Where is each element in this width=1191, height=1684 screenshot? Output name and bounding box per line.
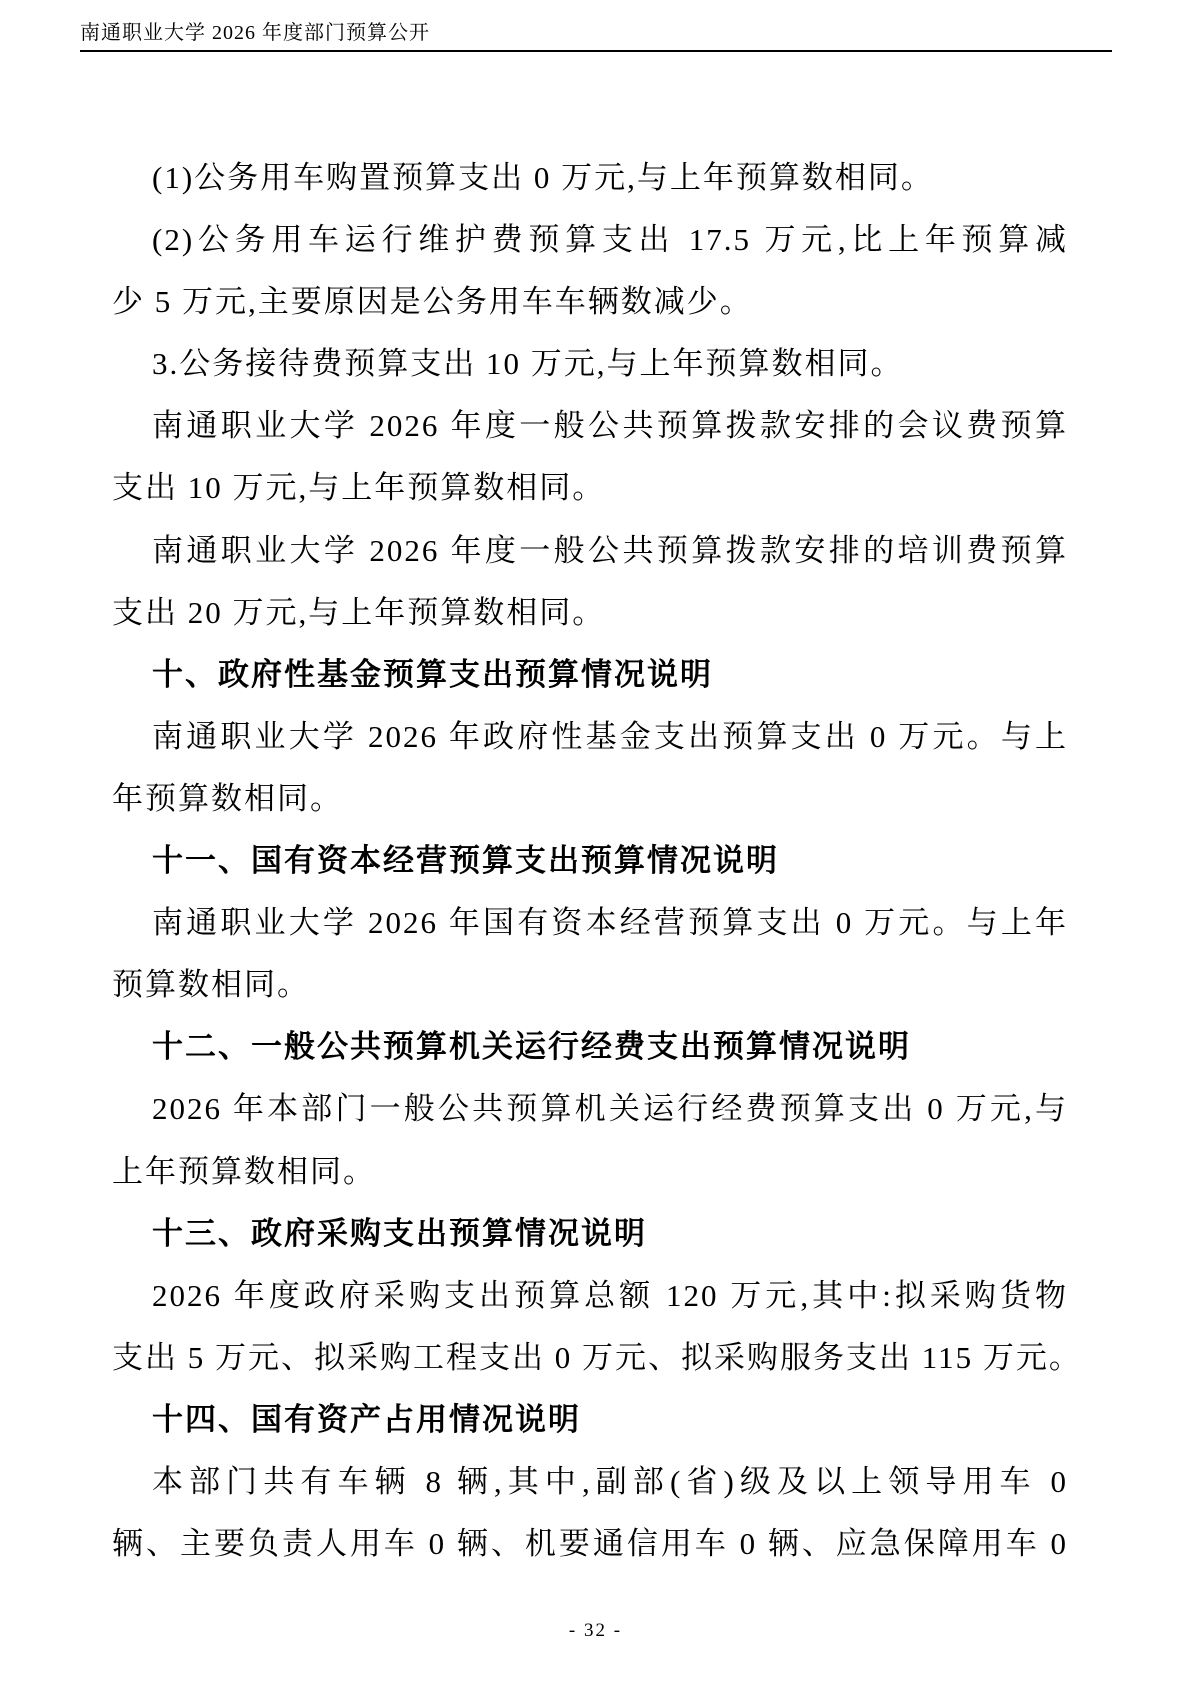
text-line: (1)公务用车购置预算支出 0 万元,与上年预算数相同。 bbox=[112, 147, 1068, 209]
text-line: 2026 年本部门一般公共预算机关运行经费预算支出 0 万元,与 bbox=[112, 1078, 1068, 1140]
document-body: (1)公务用车购置预算支出 0 万元,与上年预算数相同。 (2)公务用车运行维护… bbox=[112, 147, 1068, 1575]
text-line: 南通职业大学 2026 年度一般公共预算拨款安排的会议费预算 bbox=[112, 395, 1068, 457]
text-line: 支出 20 万元,与上年预算数相同。 bbox=[112, 582, 1068, 644]
section-heading: 十一、国有资本经营预算支出预算情况说明 bbox=[112, 830, 1068, 892]
section-heading: 十二、一般公共预算机关运行经费支出预算情况说明 bbox=[112, 1016, 1068, 1078]
text-line: 南通职业大学 2026 年政府性基金支出预算支出 0 万元。与上 bbox=[112, 706, 1068, 768]
section-heading: 十、政府性基金预算支出预算情况说明 bbox=[112, 644, 1068, 706]
text-line: 少 5 万元,主要原因是公务用车车辆数减少。 bbox=[112, 271, 1068, 333]
text-line: 年预算数相同。 bbox=[112, 768, 1068, 830]
text-line: (2)公务用车运行维护费预算支出 17.5 万元,比上年预算减 bbox=[112, 209, 1068, 271]
text-line: 本部门共有车辆 8 辆,其中,副部(省)级及以上领导用车 0 bbox=[112, 1451, 1068, 1513]
text-line: 南通职业大学 2026 年度一般公共预算拨款安排的培训费预算 bbox=[112, 520, 1068, 582]
section-heading: 十四、国有资产占用情况说明 bbox=[112, 1389, 1068, 1451]
header-title: 南通职业大学 2026 年度部门预算公开 bbox=[80, 22, 430, 44]
section-heading: 十三、政府采购支出预算情况说明 bbox=[112, 1203, 1068, 1265]
document-page: 南通职业大学 2026 年度部门预算公开 (1)公务用车购置预算支出 0 万元,… bbox=[0, 0, 1191, 1684]
page-header: 南通职业大学 2026 年度部门预算公开 bbox=[80, 16, 1112, 52]
text-line: 预算数相同。 bbox=[112, 954, 1068, 1016]
text-line: 3.公务接待费预算支出 10 万元,与上年预算数相同。 bbox=[112, 333, 1068, 395]
text-line: 上年预算数相同。 bbox=[112, 1141, 1068, 1203]
text-line: 南通职业大学 2026 年国有资本经营预算支出 0 万元。与上年 bbox=[112, 892, 1068, 954]
text-line: 支出 10 万元,与上年预算数相同。 bbox=[112, 457, 1068, 519]
text-line: 辆、主要负责人用车 0 辆、机要通信用车 0 辆、应急保障用车 0 bbox=[112, 1513, 1068, 1575]
text-line: 2026 年度政府采购支出预算总额 120 万元,其中:拟采购货物 bbox=[112, 1265, 1068, 1327]
page-number: - 32 - bbox=[0, 1620, 1191, 1642]
text-line: 支出 5 万元、拟采购工程支出 0 万元、拟采购服务支出 115 万元。 bbox=[112, 1327, 1068, 1389]
